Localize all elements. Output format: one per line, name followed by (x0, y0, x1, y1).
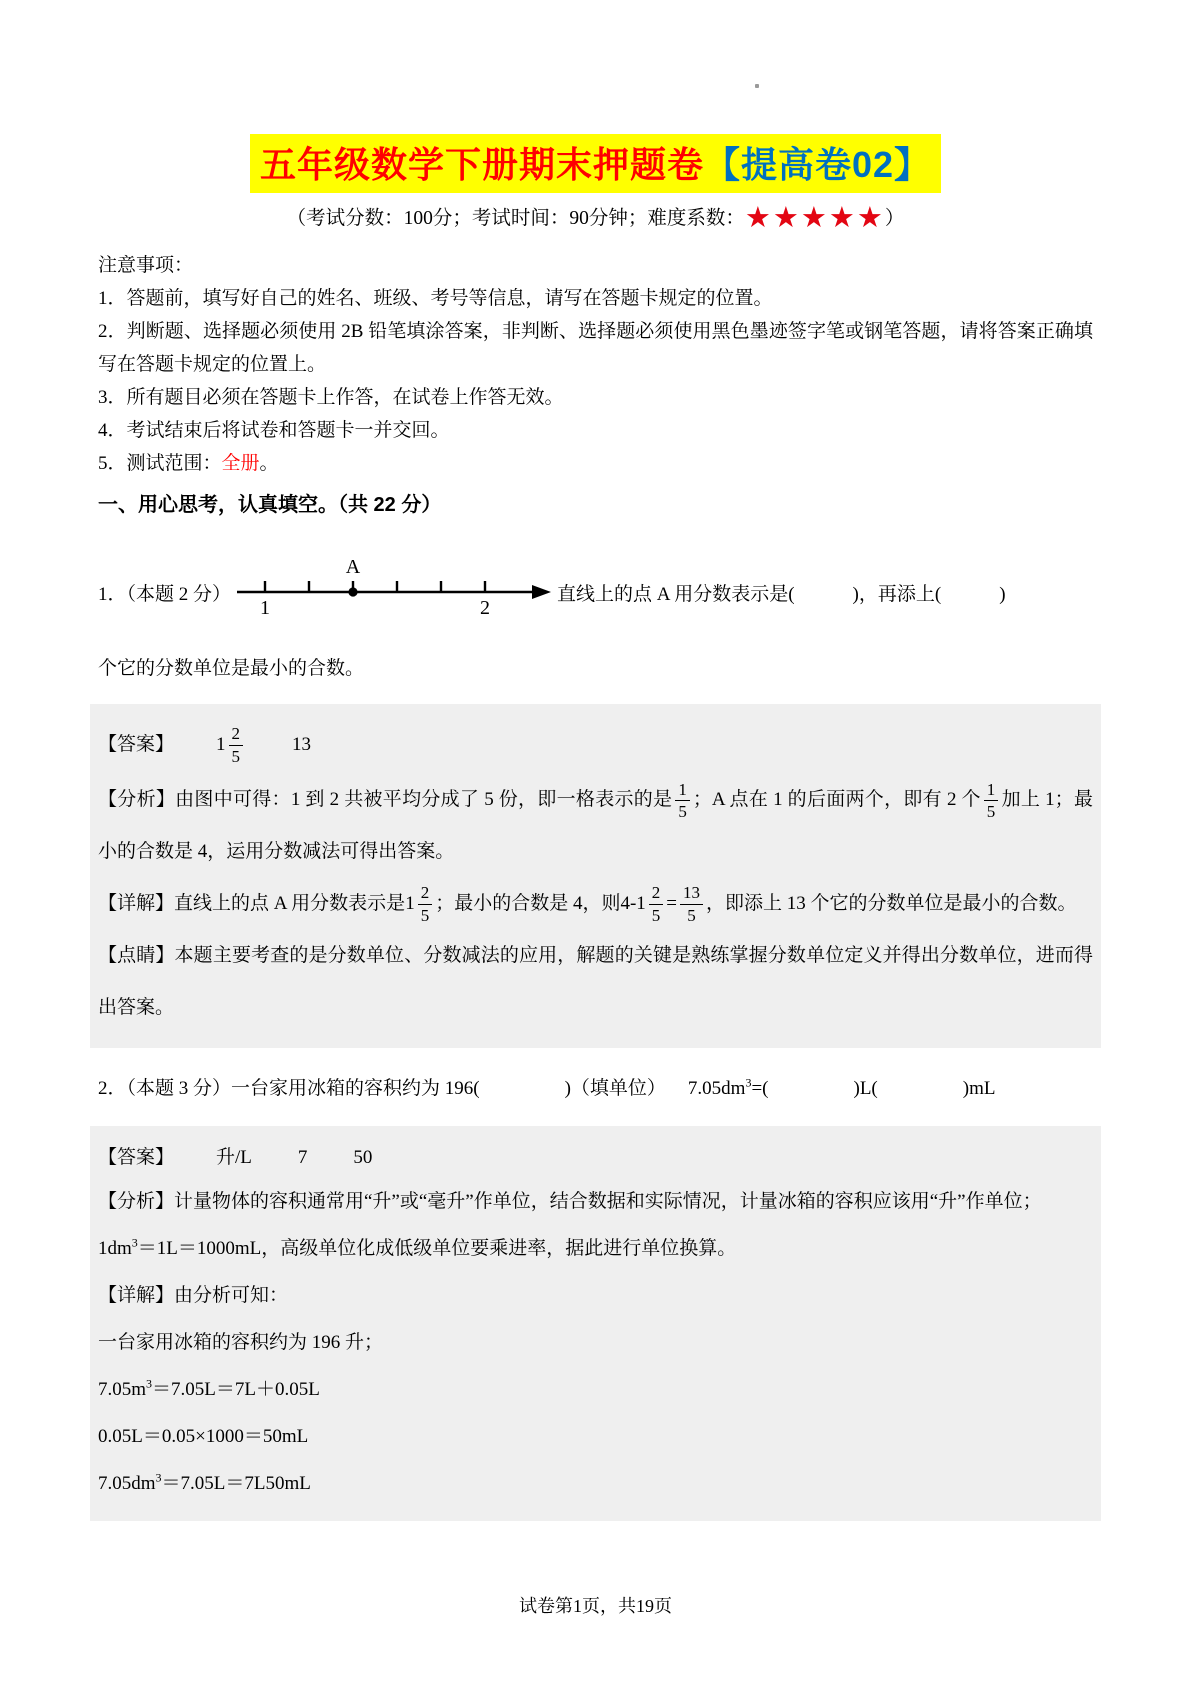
question-1-stem-line2: 个它的分数单位是最小的合数。 (98, 654, 1093, 684)
q1-detail-text-2: ；最小的合数是 4，则 (435, 893, 620, 914)
mixed-fraction: 125 (405, 878, 435, 930)
question-1-label: 1．（本题 2 分） (98, 580, 231, 616)
q1-stem-text-2: )，再添上( (853, 584, 942, 605)
mixed-whole: 1 (405, 878, 415, 930)
page-footer: 试卷第1页，共19页 (0, 1592, 1191, 1618)
q2-detail-3: 7.05m3＝7.05L＝7L＋0.05L (98, 1366, 1093, 1413)
fraction-numerator: 13 (680, 883, 703, 905)
notice-item-5-suffix: 。 (260, 453, 279, 474)
q2-answer-value-1: 升/L (216, 1147, 252, 1168)
fraction: 25 (649, 883, 664, 925)
equation: 4-125=135 (620, 878, 706, 930)
question-1-row: 1．（本题 2 分） A 1 2 直线上的点 A 用分数表示是()，再添上() (98, 552, 1093, 616)
q2-answer-value-2: 7 (298, 1147, 308, 1168)
exam-paper-page: 五年级数学下册期末押题卷【提高卷02】 （考试分数：100分；考试时间：90分钟… (0, 0, 1191, 1684)
q1-detail: 【详解】直线上的点 A 用分数表示是125；最小的合数是 4，则4-125=13… (98, 878, 1093, 930)
notice-heading: 注意事项： (98, 249, 1093, 282)
fraction: 25 (418, 883, 433, 925)
tick-label-1: 1 (260, 597, 270, 616)
q2-stem-text-4: =( (751, 1078, 768, 1099)
notice-item-5-prefix: 5．测试范围： (98, 453, 222, 474)
q2-detail-5-text-2: ＝7.05L＝7L50mL (162, 1473, 311, 1494)
q1-analysis-text-2: ；A 点在 1 的后面两个，即有 2 个 (693, 789, 981, 810)
fraction-numerator: 1 (675, 780, 690, 802)
q1-answer-line: 【答案】12513 (98, 716, 1093, 774)
fraction-denominator: 5 (687, 905, 696, 926)
q1-stem-text-3: ) (999, 584, 1005, 605)
test-range-highlight: 全册 (222, 453, 260, 474)
q2-analysis-2: 1dm3＝1L＝1000mL，高级单位化成低级单位要乘进率，据此进行单位换算。 (98, 1225, 1093, 1272)
q1-analysis: 【分析】由图中可得：1 到 2 共被平均分成了 5 份，即一格表示的是15；A … (98, 774, 1093, 878)
fraction: 15 (984, 780, 999, 822)
notice-item-5: 5．测试范围：全册。 (98, 447, 1093, 480)
q2-detail-3-text-1: 7.05m (98, 1379, 146, 1400)
q1-answer-mixed-fraction: 125 (216, 716, 246, 774)
q2-stem-text-2: )（填单位） (565, 1078, 666, 1099)
q2-detail-5-text-1: 7.05dm (98, 1473, 156, 1494)
notice-item-2: 2．判断题、选择题必须使用 2B 铅笔填涂答案，非判断、选择题必须使用黑色墨迹签… (98, 315, 1093, 381)
section-1-heading: 一、用心思考，认真填空。（共 22 分） (98, 488, 1093, 522)
exam-meta-close: ） (885, 208, 905, 229)
q2-answer-line: 【答案】升/L750 (98, 1138, 1093, 1178)
title-row: 五年级数学下册期末押题卷【提高卷02】 (0, 0, 1191, 193)
fraction-denominator: 5 (678, 801, 687, 822)
q1-detail-text-1: 【详解】直线上的点 A 用分数表示是 (98, 893, 405, 914)
fraction: 25 (229, 724, 244, 766)
q1-analysis-text-1: 【分析】由图中可得：1 到 2 共被平均分成了 5 份，即一格表示的是 (98, 789, 672, 810)
fraction-numerator: 2 (649, 883, 664, 905)
fraction: 15 (675, 780, 690, 822)
fraction: 135 (680, 883, 703, 925)
number-line-figure: A 1 2 (235, 552, 553, 616)
q2-stem-text-1: 一台家用冰箱的容积约为 196( (231, 1078, 480, 1099)
q2-stem-text-6: )mL (963, 1078, 996, 1099)
speck-artifact (755, 84, 759, 88)
q2-detail-4: 0.05L＝0.05×1000＝50mL (98, 1413, 1093, 1460)
equation-lhs: 4-1 (620, 878, 645, 930)
q2-stem-text-3: 7.05dm (688, 1078, 746, 1099)
answer-label: 【答案】 (98, 1147, 174, 1168)
question-1-stem: 直线上的点 A 用分数表示是()，再添上() (557, 580, 1006, 616)
q2-answer-value-3: 50 (353, 1147, 372, 1168)
question-2: 2．（本题 3 分）一台家用冰箱的容积约为 196()（填单位）7.05dm3=… (98, 1072, 1093, 1106)
fraction-denominator: 5 (232, 746, 241, 767)
q2-detail-1: 【详解】由分析可知： (98, 1272, 1093, 1319)
notice-item-4: 4．考试结束后将试卷和答题卡一并交回。 (98, 414, 1093, 447)
title-main: 五年级数学下册期末押题卷 (260, 144, 704, 185)
q2-solution-block: 【答案】升/L750 【分析】计量物体的容积通常用“升”或“毫升”作单位，结合数… (90, 1126, 1101, 1521)
q2-detail-5: 7.05dm3＝7.05L＝7L50mL (98, 1460, 1093, 1507)
q2-detail-3-text-2: ＝7.05L＝7L＋0.05L (152, 1379, 320, 1400)
fraction-denominator: 5 (652, 905, 661, 926)
arrow-head-icon (532, 585, 551, 599)
fraction-denominator: 5 (421, 905, 430, 926)
equals-sign: = (666, 878, 677, 930)
page-title: 五年级数学下册期末押题卷【提高卷02】 (250, 134, 941, 193)
title-tag: 【提高卷02】 (704, 144, 931, 185)
exam-meta-text: （考试分数：100分；考试时间：90分钟；难度系数： (287, 208, 745, 229)
difficulty-stars-icon: ★★★★★ (745, 202, 885, 234)
page-content: 注意事项： 1．答题前，填写好自己的姓名、班级、考号等信息，请写在答题卡规定的位… (0, 249, 1191, 1521)
q2-analysis-2-text-1: 1dm (98, 1238, 132, 1259)
notice-item-1: 1．答题前，填写好自己的姓名、班级、考号等信息，请写在答题卡规定的位置。 (98, 282, 1093, 315)
mixed-whole: 1 (216, 716, 226, 774)
point-a-dot (348, 587, 357, 596)
q1-answer-value-2: 13 (292, 734, 311, 755)
point-a-label: A (346, 556, 361, 578)
tick-label-2: 2 (480, 597, 490, 616)
q2-analysis-2-text-2: ＝1L＝1000mL，高级单位化成低级单位要乘进率，据此进行单位换算。 (138, 1238, 737, 1259)
q2-stem-text-5: )L( (854, 1078, 878, 1099)
q2-detail-2: 一台家用冰箱的容积约为 196 升； (98, 1319, 1093, 1366)
question-2-label: 2．（本题 3 分） (98, 1078, 231, 1099)
q1-solution-block: 【答案】12513 【分析】由图中可得：1 到 2 共被平均分成了 5 份，即一… (90, 704, 1101, 1048)
notice-item-3: 3．所有题目必须在答题卡上作答，在试卷上作答无效。 (98, 381, 1093, 414)
exam-meta: （考试分数：100分；考试时间：90分钟；难度系数：★★★★★） (0, 202, 1191, 233)
fraction-denominator: 5 (987, 801, 996, 822)
q2-analysis-1: 【分析】计量物体的容积通常用“升”或“毫升”作单位，结合数据和实际情况，计量冰箱… (98, 1178, 1093, 1225)
q1-comment: 【点睛】本题主要考查的是分数单位、分数减法的应用，解题的关键是熟练掌握分数单位定… (98, 930, 1093, 1034)
q1-detail-text-3: ，即添上 13 个它的分数单位是最小的合数。 (706, 893, 1077, 914)
q1-stem-text-1: 直线上的点 A 用分数表示是( (557, 584, 795, 605)
fraction-numerator: 2 (418, 883, 433, 905)
fraction-numerator: 1 (984, 780, 999, 802)
fraction-numerator: 2 (229, 724, 244, 746)
answer-label: 【答案】 (98, 734, 174, 755)
